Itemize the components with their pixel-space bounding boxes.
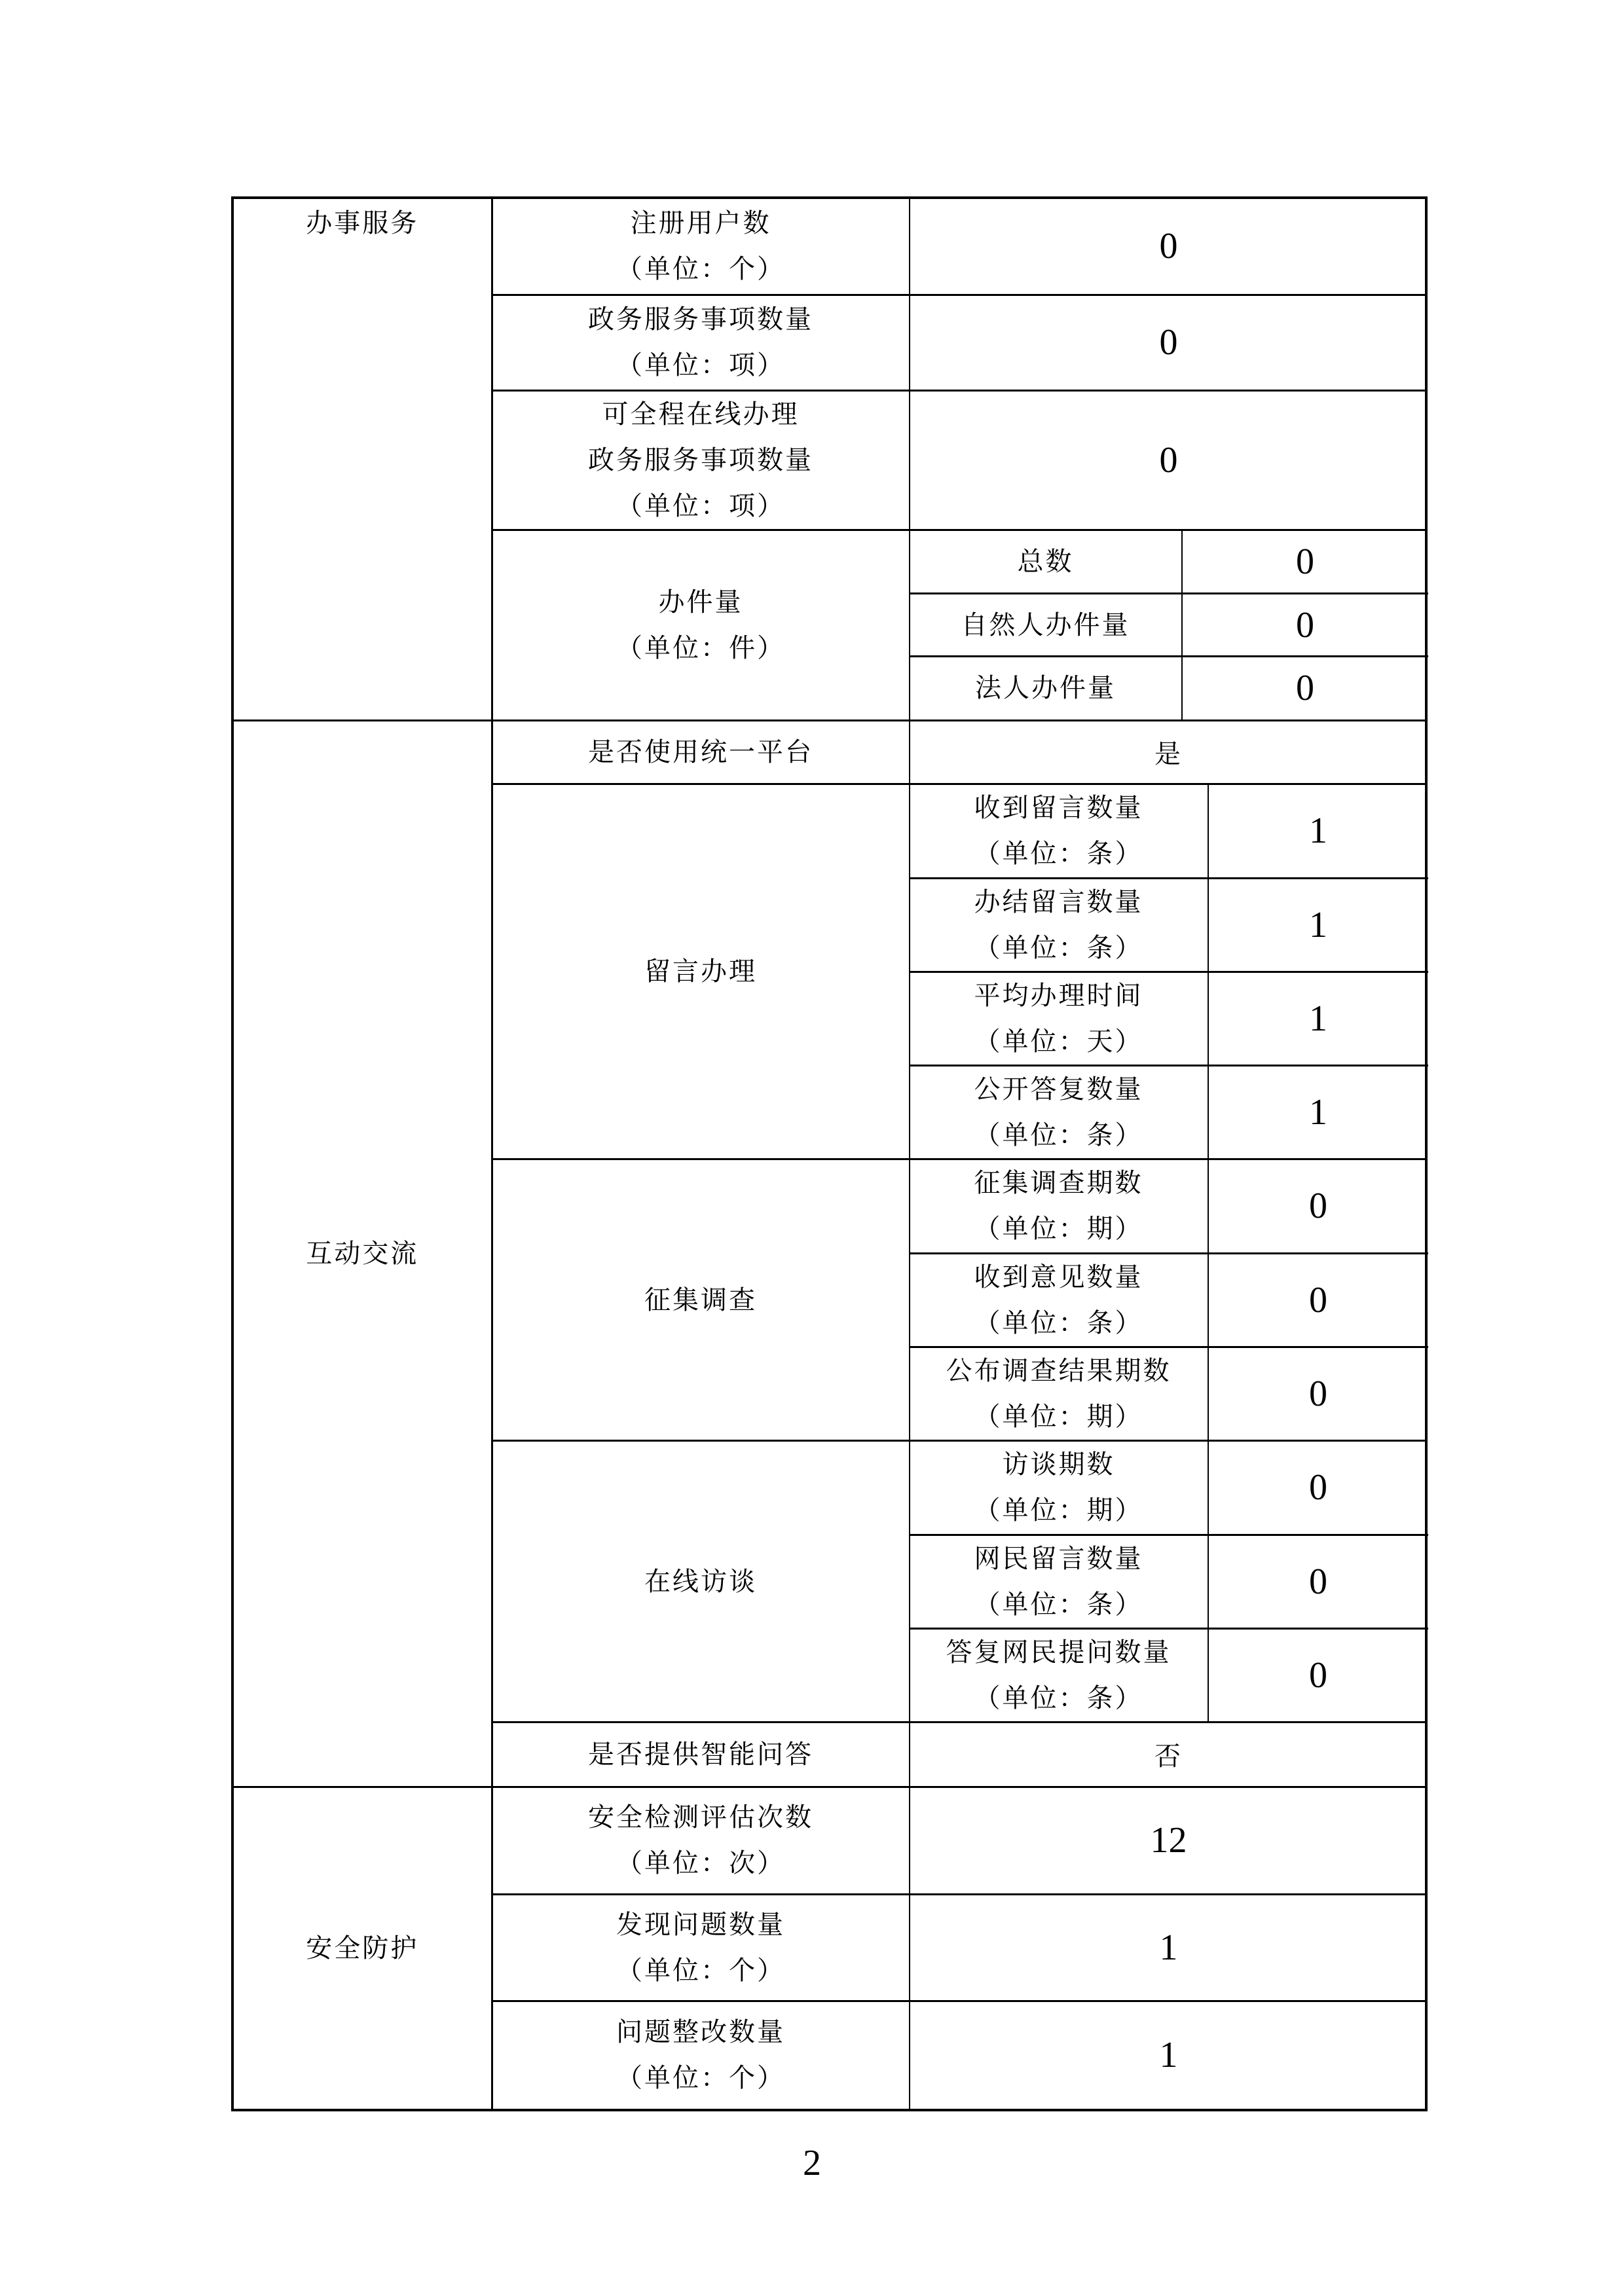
sub-metric-label-cell: 法人办件量	[910, 657, 1182, 720]
sub-metric-value: 0	[1208, 1160, 1428, 1253]
sub-metrics-table: 收到留言数量 （单位：条） 1 办结留言数量	[910, 785, 1428, 1158]
table-row: 政务服务事项数量 （单位：项） 0	[493, 295, 1428, 390]
metric-value: 是	[910, 721, 1428, 784]
sub-metric-label-cell: 答复网民提问数量 （单位：条）	[910, 1628, 1208, 1721]
metric-unit-line: （单位：项）	[493, 342, 909, 388]
section-label: 安全防护	[234, 1925, 491, 1971]
sub-metric-value: 0	[1208, 1535, 1428, 1628]
table-row: 公开答复数量 （单位：条） 1	[910, 1065, 1428, 1158]
section-metrics-table: 是否使用统一平台 是 留言办理	[493, 721, 1428, 1786]
sub-metric-label-cell: 网民留言数量 （单位：条）	[910, 1535, 1208, 1628]
metric-group-label-cell: 办件量 （单位：件）	[493, 530, 910, 720]
sub-metric-label-cell: 平均办理时间 （单位：天）	[910, 972, 1208, 1065]
sub-metric-value: 1	[1208, 785, 1428, 878]
table-row: 互动交流 是否使用统一平台 是 留言办理	[232, 720, 1426, 1787]
sub-metric-value: 0	[1208, 1253, 1428, 1347]
sub-metrics-table: 总数 0 自然人办件量 0	[910, 531, 1428, 720]
section-body-cell: 安全检测评估次数 （单位：次） 12 发现问题数量 （单位：个） 1	[492, 1787, 1426, 2110]
metric-label-cell: 注册用户数 （单位：个）	[493, 199, 910, 295]
metric-label-line: 留言办理	[493, 949, 909, 994]
sub-metric-value: 0	[1208, 1347, 1428, 1440]
section-label: 互动交流	[234, 1231, 491, 1277]
sub-metric-label-line: 收到留言数量	[910, 785, 1208, 831]
metric-value: 0	[910, 199, 1428, 295]
metric-value: 0	[910, 295, 1428, 390]
metric-label-line: 是否提供智能问答	[493, 1732, 909, 1777]
sub-metric-label-line: 网民留言数量	[910, 1536, 1208, 1582]
sub-metric-unit-line: （单位：期）	[910, 1394, 1208, 1440]
table-row: 征集调查 征集调查期数 （单位：期）	[493, 1159, 1428, 1441]
section-label-cell: 互动交流	[232, 720, 492, 1787]
document-page: { "page_number": "2", "table": { "sectio…	[0, 0, 1624, 2296]
metric-value: 1	[910, 2001, 1428, 2109]
page-number: 2	[0, 2142, 1624, 2184]
sub-metric-unit-line: （单位：条）	[910, 1112, 1208, 1158]
metric-label-cell: 是否使用统一平台	[493, 721, 910, 784]
metric-label-cell: 政务服务事项数量 （单位：项）	[493, 295, 910, 390]
metric-label-line: 政务服务事项数量	[493, 297, 909, 342]
sub-metric-label-line: 法人办件量	[910, 665, 1181, 711]
table-row: 发现问题数量 （单位：个） 1	[493, 1895, 1428, 2001]
metric-group-body-cell: 收到留言数量 （单位：条） 1 办结留言数量	[910, 784, 1428, 1159]
sub-metric-value: 0	[1182, 657, 1428, 720]
sub-metrics-table: 征集调查期数 （单位：期） 0 收到意见数量	[910, 1160, 1428, 1440]
metric-unit-line: （单位：个）	[493, 1948, 909, 1994]
sub-metric-value: 0	[1208, 1628, 1428, 1721]
metric-label-cell: 安全检测评估次数 （单位：次）	[493, 1788, 910, 1895]
metric-group-label-cell: 征集调查	[493, 1159, 910, 1441]
metric-label-cell: 是否提供智能问答	[493, 1722, 910, 1786]
metric-label-line: 注册用户数	[493, 200, 909, 246]
table-row: 是否提供智能问答 否	[493, 1722, 1428, 1786]
metric-label-cell: 问题整改数量 （单位：个）	[493, 2001, 910, 2109]
sub-metric-label-cell: 访谈期数 （单位：期）	[910, 1442, 1208, 1535]
table-row: 公布调查结果期数 （单位：期） 0	[910, 1347, 1428, 1440]
section-metrics-table: 注册用户数 （单位：个） 0 政务服务事项数量 （单位：项） 0	[493, 199, 1428, 720]
sub-metric-label-line: 自然人办件量	[910, 602, 1181, 648]
section-body-cell: 是否使用统一平台 是 留言办理	[492, 720, 1426, 1787]
section-label-cell: 办事服务	[232, 198, 492, 720]
table-row: 总数 0	[910, 531, 1428, 594]
metric-label-line: 办件量	[493, 579, 909, 625]
metric-label-line: 问题整改数量	[493, 2009, 909, 2055]
section-label-cell: 安全防护	[232, 1787, 492, 2110]
sub-metric-label-line: 公开答复数量	[910, 1066, 1208, 1112]
table-row: 答复网民提问数量 （单位：条） 0	[910, 1628, 1428, 1721]
sub-metric-label-cell: 公开答复数量 （单位：条）	[910, 1065, 1208, 1158]
metric-group-body-cell: 总数 0 自然人办件量 0	[910, 530, 1428, 720]
sub-metric-unit-line: （单位：天）	[910, 1019, 1208, 1065]
metric-group-body-cell: 访谈期数 （单位：期） 0 网民留言数量	[910, 1441, 1428, 1722]
sub-metric-label-cell: 收到意见数量 （单位：条）	[910, 1253, 1208, 1347]
sub-metric-unit-line: （单位：条）	[910, 1675, 1208, 1721]
sub-metric-unit-line: （单位：条）	[910, 831, 1208, 877]
sub-metric-unit-line: （单位：期）	[910, 1206, 1208, 1252]
table-row: 收到留言数量 （单位：条） 1	[910, 785, 1428, 878]
section-metrics-table: 安全检测评估次数 （单位：次） 12 发现问题数量 （单位：个） 1	[493, 1788, 1428, 2109]
table-row: 是否使用统一平台 是	[493, 721, 1428, 784]
sub-metric-label-line: 平均办理时间	[910, 973, 1208, 1019]
sub-metric-value: 0	[1208, 1442, 1428, 1535]
sub-metric-value: 0	[1182, 531, 1428, 594]
table-row: 问题整改数量 （单位：个） 1	[493, 2001, 1428, 2109]
metric-value: 1	[910, 1895, 1428, 2001]
sub-metric-label-cell: 收到留言数量 （单位：条）	[910, 785, 1208, 878]
table-row: 注册用户数 （单位：个） 0	[493, 199, 1428, 295]
metric-label-line: 政务服务事项数量	[493, 437, 909, 483]
table-row: 留言办理 收到留言数量 （单位：条）	[493, 784, 1428, 1159]
sub-metric-label-cell: 征集调查期数 （单位：期）	[910, 1160, 1208, 1253]
sub-metric-unit-line: （单位：条）	[910, 1300, 1208, 1346]
table-row: 办事服务 注册用户数 （单位：个） 0	[232, 198, 1426, 720]
sub-metrics-table: 访谈期数 （单位：期） 0 网民留言数量	[910, 1442, 1428, 1721]
sub-metric-label-line: 答复网民提问数量	[910, 1630, 1208, 1675]
section-body-cell: 注册用户数 （单位：个） 0 政务服务事项数量 （单位：项） 0	[492, 198, 1426, 720]
table-row: 办结留言数量 （单位：条） 1	[910, 878, 1428, 972]
table-row: 可全程在线办理 政务服务事项数量 （单位：项） 0	[493, 390, 1428, 530]
metric-value: 12	[910, 1788, 1428, 1895]
metric-unit-line: （单位：件）	[493, 625, 909, 671]
sub-metric-label-line: 收到意见数量	[910, 1254, 1208, 1300]
sub-metric-unit-line: （单位：期）	[910, 1487, 1208, 1533]
metric-unit-line: （单位：次）	[493, 1840, 909, 1886]
table-row: 在线访谈 访谈期数 （单位：期）	[493, 1441, 1428, 1722]
metric-value: 否	[910, 1722, 1428, 1786]
metric-group-label-cell: 在线访谈	[493, 1441, 910, 1722]
metric-label-line: 在线访谈	[493, 1559, 909, 1605]
metric-label-line: 是否使用统一平台	[493, 729, 909, 775]
metric-label-cell: 发现问题数量 （单位：个）	[493, 1895, 910, 2001]
table-row: 平均办理时间 （单位：天） 1	[910, 972, 1428, 1065]
section-label: 办事服务	[234, 199, 491, 247]
metric-group-label-cell: 留言办理	[493, 784, 910, 1159]
sub-metric-label-line: 办结留言数量	[910, 879, 1208, 925]
sub-metric-value: 1	[1208, 878, 1428, 972]
annual-report-table: 办事服务 注册用户数 （单位：个） 0	[231, 196, 1428, 2111]
sub-metric-label-line: 总数	[910, 539, 1181, 585]
sub-metric-label-line: 征集调查期数	[910, 1160, 1208, 1206]
sub-metric-unit-line: （单位：条）	[910, 1582, 1208, 1628]
metric-label-line: 安全检测评估次数	[493, 1795, 909, 1840]
sub-metric-value: 1	[1208, 972, 1428, 1065]
table-row: 自然人办件量 0	[910, 594, 1428, 657]
table-row: 征集调查期数 （单位：期） 0	[910, 1160, 1428, 1253]
metric-label-line: 征集调查	[493, 1277, 909, 1323]
sub-metric-label-cell: 公布调查结果期数 （单位：期）	[910, 1347, 1208, 1440]
metric-label-line: 发现问题数量	[493, 1902, 909, 1948]
sub-metric-label-line: 公布调查结果期数	[910, 1348, 1208, 1394]
metric-label-line: 可全程在线办理	[493, 392, 909, 437]
table-row: 收到意见数量 （单位：条） 0	[910, 1253, 1428, 1347]
table-row: 访谈期数 （单位：期） 0	[910, 1442, 1428, 1535]
metric-unit-line: （单位：个）	[493, 246, 909, 292]
table-row: 法人办件量 0	[910, 657, 1428, 720]
sub-metric-unit-line: （单位：条）	[910, 925, 1208, 971]
table-row: 办件量 （单位：件） 总数	[493, 530, 1428, 720]
metric-value: 0	[910, 390, 1428, 530]
sub-metric-value: 1	[1208, 1065, 1428, 1158]
table-row: 安全防护 安全检测评估次数 （单位：次） 12	[232, 1787, 1426, 2110]
sub-metric-label-line: 访谈期数	[910, 1442, 1208, 1487]
metric-unit-line: （单位：项）	[493, 483, 909, 529]
sub-metric-value: 0	[1182, 594, 1428, 657]
metric-group-body-cell: 征集调查期数 （单位：期） 0 收到意见数量	[910, 1159, 1428, 1441]
sub-metric-label-cell: 自然人办件量	[910, 594, 1182, 657]
metric-label-cell: 可全程在线办理 政务服务事项数量 （单位：项）	[493, 390, 910, 530]
metric-unit-line: （单位：个）	[493, 2055, 909, 2101]
table-row: 网民留言数量 （单位：条） 0	[910, 1535, 1428, 1628]
table-row: 安全检测评估次数 （单位：次） 12	[493, 1788, 1428, 1895]
sub-metric-label-cell: 办结留言数量 （单位：条）	[910, 878, 1208, 972]
sub-metric-label-cell: 总数	[910, 531, 1182, 594]
